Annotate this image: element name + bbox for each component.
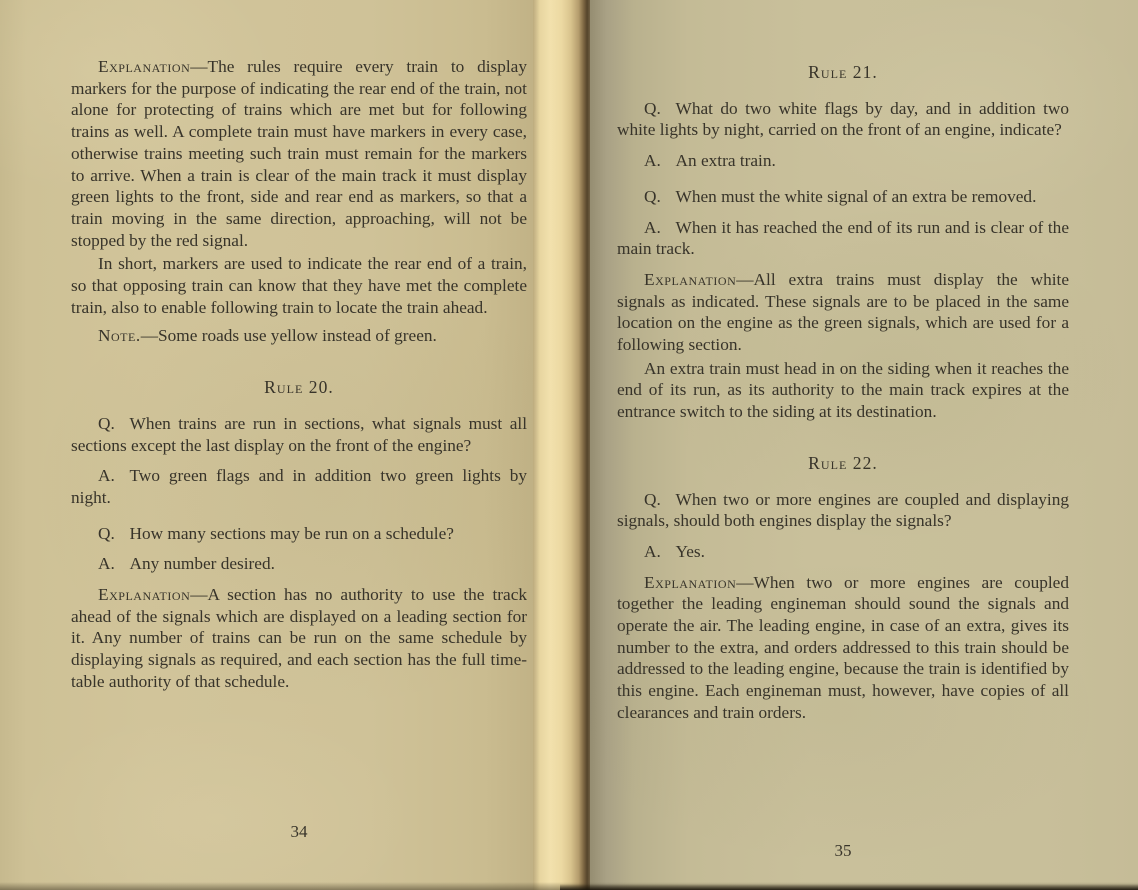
question-paragraph: Q.How many sections may be run on a sche… [71, 523, 527, 545]
question-lead: Q. [644, 490, 661, 509]
answer-lead: A. [644, 151, 661, 170]
question-body: When two or more engines are coupled and… [617, 490, 1069, 531]
question-lead: Q. [644, 187, 661, 206]
explanation-body: —When two or more engines are coupled to… [617, 573, 1069, 722]
paragraph-text: An extra train must head in on the sidin… [617, 359, 1069, 421]
question-lead: Q. [98, 524, 115, 543]
answer-lead: A. [98, 554, 115, 573]
rule-20-heading: Rule 20. [71, 377, 527, 399]
answer-lead: A. [644, 218, 661, 237]
answer-lead: A. [98, 466, 115, 485]
explanation-lead: Explanation [98, 57, 190, 76]
answer-body: When it has reached the end of its run a… [617, 218, 1069, 259]
note-paragraph: Note.—Some roads use yellow instead of g… [71, 325, 527, 347]
rule-22-heading: Rule 22. [617, 453, 1069, 475]
explanation-lead: Explanation [98, 585, 190, 604]
page-right-text: Rule 21. Q.What do two white flags by da… [617, 62, 1069, 724]
note-body: —Some roads use yellow instead of green. [141, 326, 437, 345]
explanation-paragraph: Explanation—A section has no authority t… [71, 584, 527, 693]
question-lead: Q. [98, 414, 115, 433]
answer-body: Any number desired. [130, 554, 275, 573]
answer-paragraph: A.Yes. [617, 541, 1069, 563]
book-bottom-edge-shadow [560, 884, 1138, 890]
question-lead: Q. [644, 99, 661, 118]
explanation-paragraph: Explanation—All extra trains must displa… [617, 269, 1069, 356]
question-body: What do two white flags by day, and in a… [617, 99, 1069, 140]
question-paragraph: Q.When two or more engines are coupled a… [617, 489, 1069, 532]
question-paragraph: Q.What do two white flags by day, and in… [617, 98, 1069, 141]
answer-paragraph: A.Two green flags and in addition two gr… [71, 465, 527, 508]
question-body: When must the white signal of an extra b… [676, 187, 1037, 206]
question-body: How many sections may be run on a schedu… [130, 524, 454, 543]
paragraph-text: In short, markers are used to indicate t… [71, 254, 527, 316]
book-spread: Explanation—The rules require every trai… [0, 0, 1138, 890]
explanation-body: —The rules require every train to displa… [71, 57, 527, 250]
book-gutter [533, 0, 590, 890]
rule-21-heading: Rule 21. [617, 62, 1069, 84]
answer-lead: A. [644, 542, 661, 561]
explanation-paragraph: Explanation—When two or more engines are… [617, 572, 1069, 724]
question-body: When trains are run in sections, what si… [71, 414, 527, 455]
question-paragraph: Q.When must the white signal of an extra… [617, 186, 1069, 208]
note-lead: Note. [98, 326, 141, 345]
answer-paragraph: A.An extra train. [617, 150, 1069, 172]
explanation-paragraph: Explanation—The rules require every trai… [71, 56, 527, 251]
answer-paragraph: A.When it has reached the end of its run… [617, 217, 1069, 260]
body-paragraph: An extra train must head in on the sidin… [617, 358, 1069, 423]
answer-body: Yes. [676, 542, 705, 561]
answer-body: Two green flags and in addition two gree… [71, 466, 527, 507]
explanation-lead: Explanation [644, 573, 736, 592]
page-number-left: 34 [71, 822, 527, 842]
body-paragraph: In short, markers are used to indicate t… [71, 253, 527, 318]
answer-body: An extra train. [676, 151, 776, 170]
page-left-text: Explanation—The rules require every trai… [71, 56, 527, 693]
answer-paragraph: A.Any number desired. [71, 553, 527, 575]
question-paragraph: Q.When trains are run in sections, what … [71, 413, 527, 456]
explanation-lead: Explanation [644, 270, 736, 289]
page-number-right: 35 [617, 841, 1069, 861]
